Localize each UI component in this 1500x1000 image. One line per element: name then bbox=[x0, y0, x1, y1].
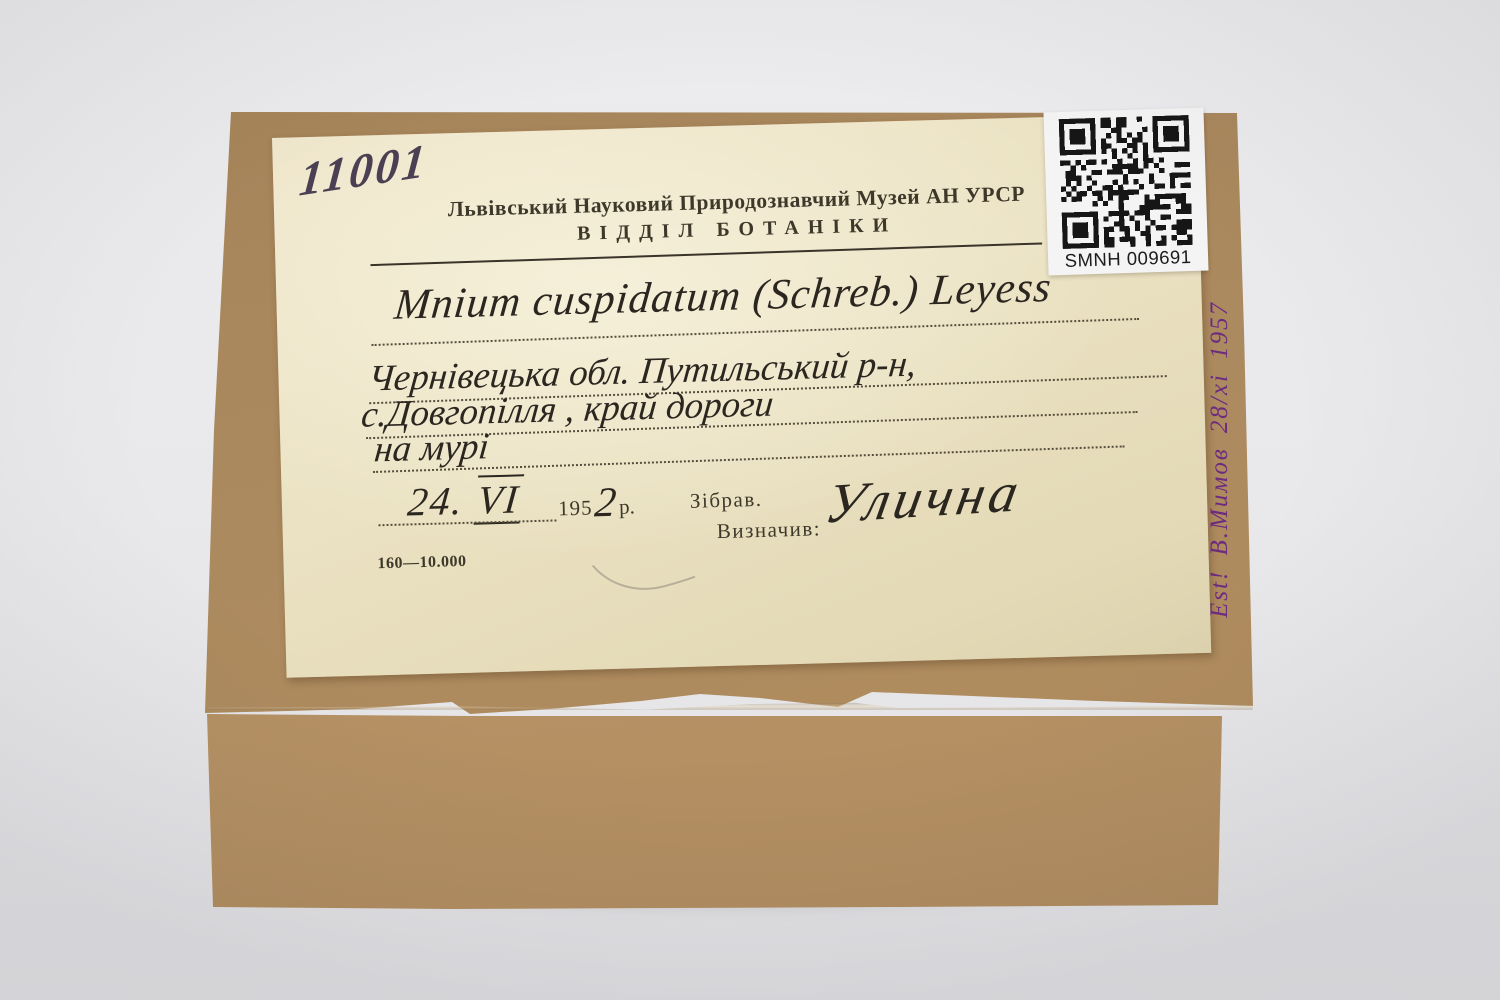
specimen-photo: 11001 Львівський Науковий Природознавчий… bbox=[0, 0, 1500, 1000]
year-written-digit: 2 bbox=[593, 479, 619, 528]
locality-line-3: на мурі bbox=[372, 425, 491, 471]
collected-by-label: Зібрав. bbox=[690, 487, 763, 514]
revision-annotation-vertical: Est! В.Мимов 28/хі 1957 bbox=[1206, 202, 1236, 618]
species-name: Mnium cuspidatum (Schreb.) Leyess bbox=[392, 263, 1054, 330]
qr-code-icon bbox=[1059, 115, 1193, 249]
year-printed-prefix: 195 bbox=[558, 495, 593, 521]
barcode-sticker: SMNH 009691 bbox=[1043, 108, 1208, 276]
sticker-code: SMNH 009691 bbox=[1064, 246, 1191, 272]
determined-by-label: Визначив: bbox=[716, 516, 821, 544]
print-run-code: 160—10.000 bbox=[377, 553, 466, 573]
accession-number: 11001 bbox=[297, 133, 431, 208]
collection-date-month-roman: VI bbox=[474, 474, 524, 524]
pencil-squiggle bbox=[589, 557, 700, 600]
year-suffix: р. bbox=[619, 494, 635, 519]
collection-date: 24. VI bbox=[406, 475, 524, 525]
collection-date-day: 24. bbox=[406, 478, 466, 525]
determiner-signature: Улична bbox=[820, 460, 1027, 536]
